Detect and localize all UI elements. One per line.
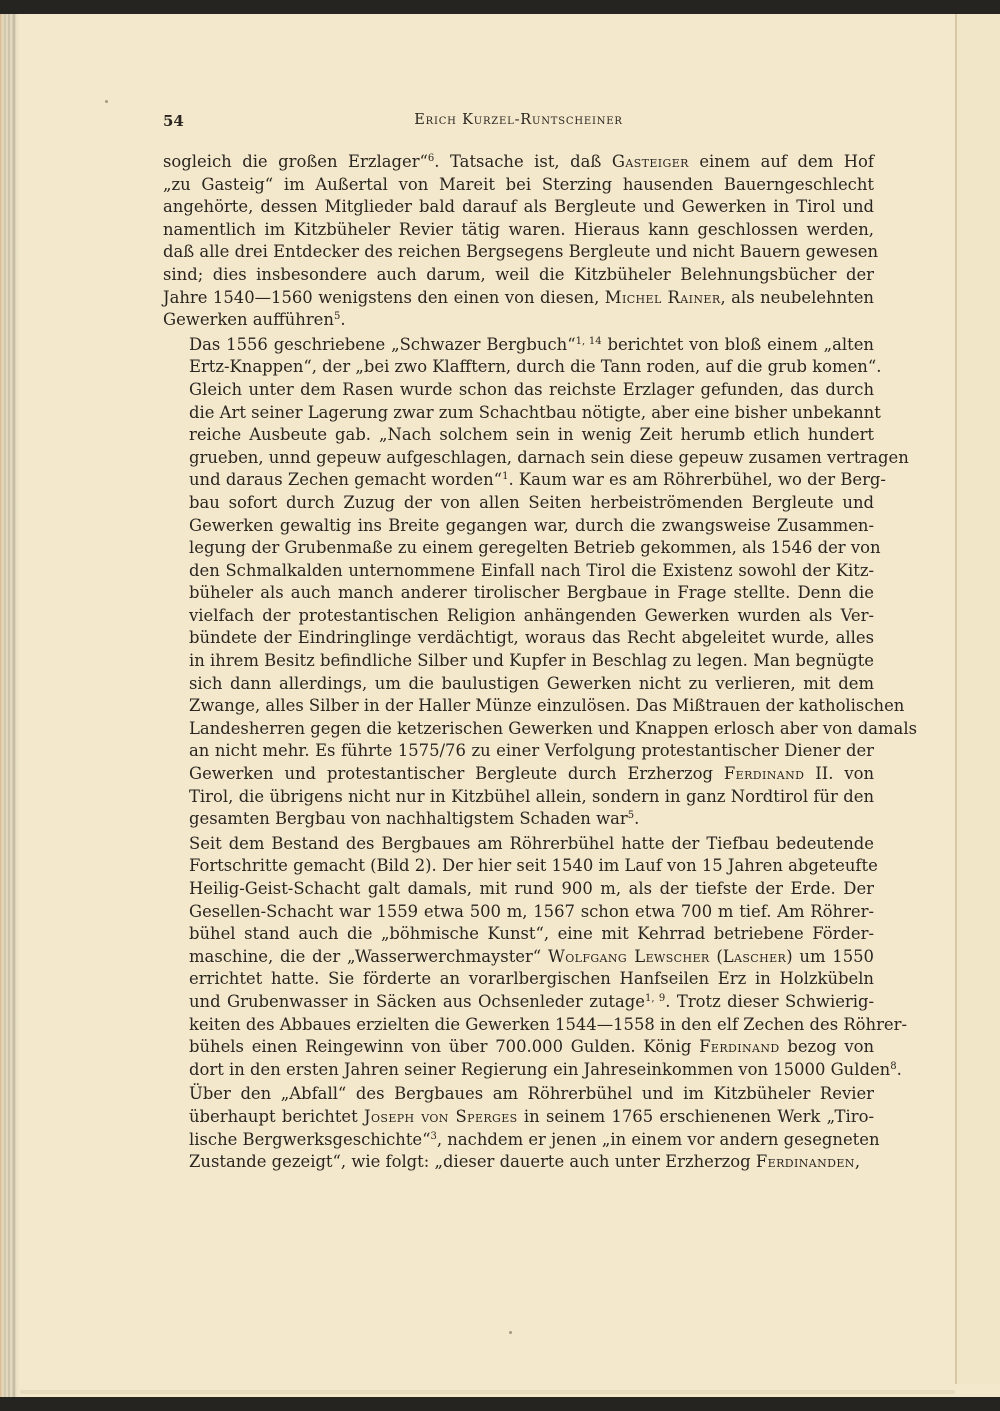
person-name-smallcaps: Wolfgang Lewscher <box>548 947 710 966</box>
text-line: lische Bergwerksgeschichte“3, nachdem er… <box>163 1129 874 1152</box>
text-line: Das 1556 geschriebene „Schwazer Bergbuch… <box>163 334 874 357</box>
footnote-reference: 1, 14 <box>576 336 602 347</box>
text-line: maschine, die der „Wasserwerchmayster“ W… <box>163 946 874 969</box>
text-line: sich dann allerdings, um die baulustigen… <box>163 673 874 696</box>
text-line: Gewerken aufführen5. <box>163 309 874 332</box>
text-line: reiche Ausbeute gab. „Nach solchem sein … <box>163 424 874 447</box>
text-line: Gewerken gewaltig ins Breite gegangen wa… <box>163 515 874 538</box>
text-line: legung der Grubenmaße zu einem geregelte… <box>163 537 874 560</box>
text-line: grueben, unnd gepeuw aufgeschlagen, darn… <box>163 447 874 470</box>
text-line: sind; dies insbesondere auch darum, weil… <box>163 264 874 287</box>
paper-speck <box>509 1331 512 1334</box>
footnote-reference: 5 <box>628 810 634 821</box>
person-name-smallcaps: Joseph von Sperges <box>364 1107 518 1126</box>
text-line: bühels einen Reingewinn von über 700.000… <box>163 1036 874 1059</box>
paragraph: sogleich die großen Erzlager“6. Tatsache… <box>163 151 874 332</box>
text-line: Landesherren gegen die ketzerischen Gewe… <box>163 718 874 741</box>
text-line: namentlich im Kitzbüheler Revier tätig w… <box>163 219 874 242</box>
text-line: in ihrem Besitz befindliche Silber und K… <box>163 650 874 673</box>
paragraph: Über den „Abfall“ des Bergbaues am Röhre… <box>163 1083 874 1173</box>
text-line: bühel stand auch die „böhmische Kunst“, … <box>163 923 874 946</box>
text-line: Gewerken und protestantischer Bergleute … <box>163 763 874 786</box>
paragraph: Das 1556 geschriebene „Schwazer Bergbuch… <box>163 334 874 831</box>
text-line: die Art seiner Lagerung zwar zum Schacht… <box>163 402 874 425</box>
text-line: vielfach der protestantischen Religion a… <box>163 605 874 628</box>
page-header: 54 Erich Kurzel-Runtscheiner <box>163 112 874 134</box>
facing-page-edge <box>957 14 1000 1384</box>
footnote-reference: 3 <box>431 1131 437 1142</box>
text-line: Fortschritte gemacht (Bild 2). Der hier … <box>163 855 874 878</box>
text-line: errichtet hatte. Sie förderte an vorarlb… <box>163 968 874 991</box>
person-name-smallcaps: Lascher <box>723 947 787 966</box>
text-line: Jahre 1540—1560 wenigstens den einen von… <box>163 287 874 310</box>
text-line: Ertz-Knappen“, der „bei zwo Klafftern, d… <box>163 356 874 379</box>
footnote-reference: 6 <box>428 153 434 164</box>
person-name-smallcaps: Gasteiger <box>612 152 689 171</box>
text-line: sogleich die großen Erzlager“6. Tatsache… <box>163 151 874 174</box>
text-line: Tirol, die übrigens nicht nur in Kitzbüh… <box>163 786 874 809</box>
text-line: Seit dem Bestand des Bergbaues am Röhrer… <box>163 833 874 856</box>
text-line: dort in den ersten Jahren seiner Regieru… <box>163 1059 874 1082</box>
text-line: den Schmalkalden unternommene Einfall na… <box>163 560 874 583</box>
person-name-smallcaps: Ferdinand <box>699 1037 779 1056</box>
text-line: Heilig-Geist-Schacht galt damals, mit ru… <box>163 878 874 901</box>
text-line: angehörte, dessen Mitglieder bald darauf… <box>163 196 874 219</box>
text-line: an nicht mehr. Es führte 1575/76 zu eine… <box>163 740 874 763</box>
paragraph: Seit dem Bestand des Bergbaues am Röhrer… <box>163 833 874 1082</box>
footnote-reference: 1, 9 <box>645 993 665 1004</box>
body-text: sogleich die großen Erzlager“6. Tatsache… <box>163 151 874 1174</box>
footnote-reference: 1 <box>502 471 508 482</box>
person-name-smallcaps: Ferdinanden <box>756 1152 855 1171</box>
text-line: und Grubenwasser in Säcken aus Ochsenled… <box>163 991 874 1014</box>
text-line: Gesellen-Schacht war 1559 etwa 500 m, 15… <box>163 901 874 924</box>
text-line: keiten des Abbaues erzielten die Gewerke… <box>163 1014 874 1037</box>
text-line: bau sofort durch Zuzug der von allen Sei… <box>163 492 874 515</box>
text-line: daß alle drei Entdecker des reichen Berg… <box>163 241 874 264</box>
text-line: überhaupt berichtet Joseph von Sperges i… <box>163 1106 874 1129</box>
text-line: Über den „Abfall“ des Bergbaues am Röhre… <box>163 1083 874 1106</box>
footnote-reference: 5 <box>334 311 340 322</box>
text-line: gesamten Bergbau von nachhaltigstem Scha… <box>163 808 874 831</box>
text-line: Zustande gezeigt“, wie folgt: „dieser da… <box>163 1151 874 1174</box>
footnote-reference: 8 <box>890 1061 896 1072</box>
text-line: Zwange, alles Silber in der Haller Münze… <box>163 695 874 718</box>
text-line: Gleich unter dem Rasen wurde schon das r… <box>163 379 874 402</box>
text-line: bündete der Eindringlinge verdächtigt, w… <box>163 627 874 650</box>
text-line: büheler als auch manch anderer tirolisch… <box>163 582 874 605</box>
text-line: und daraus Zechen gemacht worden“1. Kaum… <box>163 469 874 492</box>
person-name-smallcaps: Ferdinand <box>724 764 804 783</box>
page-bottom-edge <box>20 1390 955 1394</box>
person-name-smallcaps: Michel Rainer <box>605 288 721 307</box>
text-line: „zu Gasteig“ im Außertal von Mareit bei … <box>163 174 874 197</box>
running-head: Erich Kurzel-Runtscheiner <box>163 112 874 128</box>
book-page-edges <box>0 14 20 1397</box>
paper-speck <box>105 100 108 103</box>
